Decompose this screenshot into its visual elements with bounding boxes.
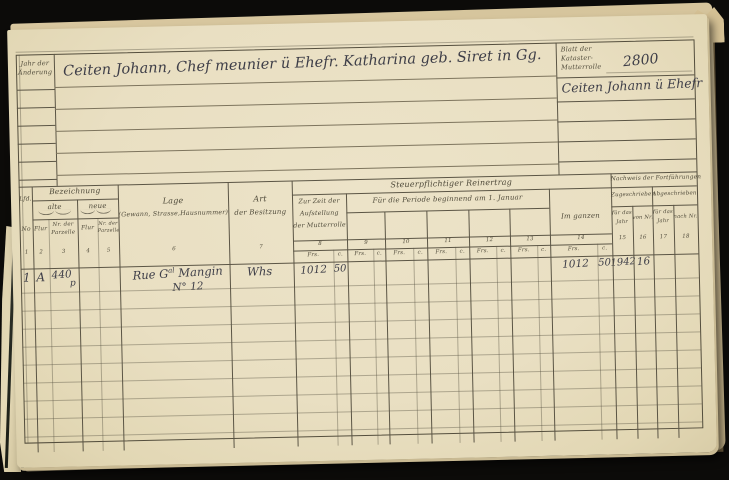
column-number: 15 xyxy=(612,236,633,242)
frs-label: Frs. xyxy=(385,251,413,257)
col-parzelle-alte-label-1: Nr. der xyxy=(49,222,78,228)
lage-text: Rue G xyxy=(132,267,168,283)
subgroup-abgeschrieben: Abgeschrieben xyxy=(652,191,697,198)
col15-label-1: für das xyxy=(611,211,632,217)
col-lfd-label-1: Lfd. xyxy=(19,196,32,202)
column-number: 9 xyxy=(347,240,385,246)
col-zurzeit-label-1: Zur Zeit der xyxy=(292,198,346,206)
sheet-box-label-2: Kataster- xyxy=(561,55,601,62)
centimes-label: c. xyxy=(496,249,510,255)
col-parzelle-neue-label-2: Parzelle xyxy=(98,229,119,234)
col-art-label-1: Art xyxy=(228,195,292,204)
frs-label: Frs. xyxy=(347,252,373,258)
col17-label-2: Jahr xyxy=(653,219,674,225)
frs-label: Frs. xyxy=(510,248,537,254)
row-col8-frs-value: 1012 xyxy=(295,264,332,277)
col-zurzeit-label-3: der Mutterrolle xyxy=(293,222,347,230)
col-parzelle-alte-label-2: Parzelle xyxy=(49,230,78,236)
column-number: 1 xyxy=(20,250,33,256)
frs-label: Frs. xyxy=(550,247,597,254)
column-number: 2 xyxy=(33,250,49,256)
subgroup-zugeschrieben: Zugeschrieben xyxy=(611,192,652,198)
col-zurzeit-label-2: Aufstellung xyxy=(292,210,346,218)
column-number: 16 xyxy=(633,235,653,241)
column-number: 5 xyxy=(98,249,119,255)
centimes-label: c. xyxy=(597,246,612,252)
column-number: 13 xyxy=(510,237,550,243)
frs-label: Frs. xyxy=(427,250,455,256)
col-lfd-label-2: No xyxy=(20,226,33,232)
column-number: 4 xyxy=(78,249,98,255)
col-flur-neue-label: Flur xyxy=(78,226,98,232)
centimes-label: c. xyxy=(413,251,427,257)
centimes-label: c. xyxy=(537,248,550,254)
register-page: Jahr der Änderung Ceiten Johann, Chef me… xyxy=(7,14,717,468)
col15-label-2: Jahr xyxy=(612,220,633,226)
centimes-label: c. xyxy=(455,250,469,256)
year-col-label-2: Änderung xyxy=(16,69,54,76)
col-art-label-2: der Besitzung xyxy=(228,209,292,217)
row-col8-c-value: 50 xyxy=(333,264,348,274)
column-number: 11 xyxy=(427,239,469,245)
sheet-number-handwriting: 2800 xyxy=(622,52,659,69)
row-art-value: Whs xyxy=(235,266,285,279)
sheet-box-label-1: Blatt der xyxy=(561,46,601,53)
col17-label-1: für das xyxy=(652,210,673,216)
col-imganzen-label: Im ganzen xyxy=(549,212,611,220)
row-flur-value: A xyxy=(33,271,49,283)
year-col-label-1: Jahr der xyxy=(16,60,54,67)
column-number: 10 xyxy=(385,240,427,246)
row-parzelle-sub-value: p xyxy=(70,280,76,289)
col16-label: von Nr. xyxy=(632,215,652,221)
frs-label: Frs. xyxy=(469,249,496,255)
column-number: 12 xyxy=(469,238,510,244)
column-number: 3 xyxy=(49,249,78,255)
centimes-label: c. xyxy=(373,251,385,257)
sheet-box-label-3: Mutterrolle xyxy=(561,63,607,71)
col-parzelle-neue-label-1: Nr. der xyxy=(98,222,119,227)
row-zug-vonnr-value: 16 xyxy=(634,256,653,268)
column-number: 18 xyxy=(674,234,698,240)
col-flur-alte-label: Flur xyxy=(33,227,49,233)
scanned-register-photo: { "header": { "year_col": { "line1": "Ja… xyxy=(0,0,729,480)
column-number: 17 xyxy=(653,235,674,241)
centimes-label: c. xyxy=(333,252,347,258)
row-zug-jahr-value: 1942 xyxy=(610,257,635,269)
col18-label: nach Nr. xyxy=(673,214,697,220)
frs-label: Frs. xyxy=(293,253,333,259)
